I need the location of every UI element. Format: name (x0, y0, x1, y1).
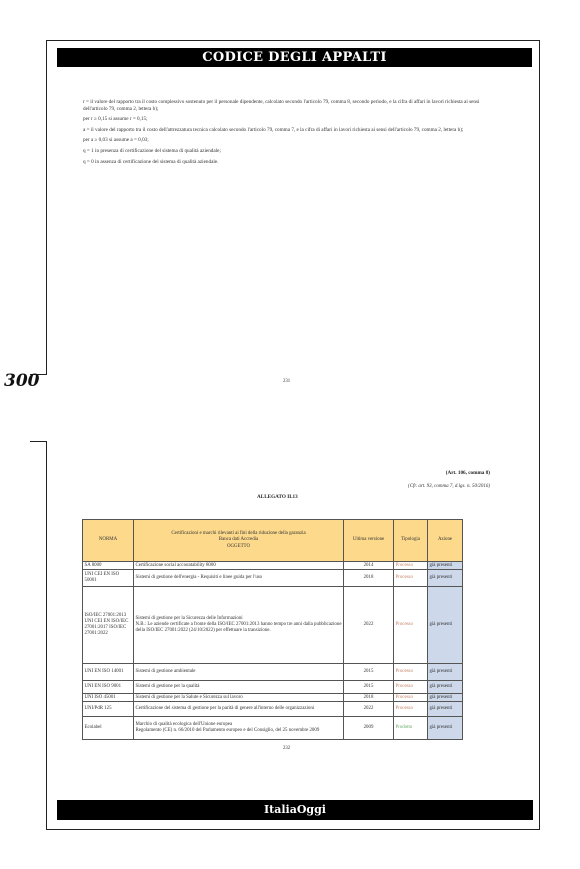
column-header-norma: NORMA (83, 520, 134, 562)
cell-azione: già presenti (428, 587, 463, 664)
oggetto-note: Regolamento (CE) n. 66/2010 del Parlamen… (136, 728, 342, 734)
certifications-table: NORMA Certificazioni e marchi rilevanti … (82, 519, 463, 740)
cell-norma: UNI EN ISO 14001 (83, 664, 134, 681)
page-number: 232 (283, 746, 290, 751)
article-reference: (Art. 106, comma 8) (446, 470, 490, 476)
table-row: ISO/IEC 27001:2013 UNI CEI EN ISO/IEC 27… (83, 587, 463, 664)
cell-oggetto: Sistemi di gestione per la qualità (134, 681, 344, 694)
cell-azione: già presenti (428, 694, 463, 702)
cell-norma: ISO/IEC 27001:2013 UNI CEI EN ISO/IEC 27… (83, 587, 134, 664)
oggetto-text: Certificazione del sistema di gestione p… (136, 706, 342, 712)
annex-title: ALLEGATO II.13 (257, 494, 298, 500)
page-frame-corner-stub (30, 441, 47, 442)
page-frame-top (46, 40, 540, 375)
page-number: 231 (283, 379, 290, 384)
cell-oggetto: Sistemi di gestione per la Sicurezza del… (134, 587, 344, 664)
oggetto-note: N.B.: Le aziende certificate a fronte de… (136, 622, 342, 634)
cell-versione: 2018 (344, 570, 394, 587)
cell-norma: UNI EN ISO 9001 (83, 681, 134, 694)
cell-azione: già presenti (428, 664, 463, 681)
cell-azione: già presenti (428, 681, 463, 694)
cell-azione: già presenti (428, 717, 463, 740)
header-line: OGGETTO (136, 544, 342, 550)
cell-norma: Ecolabel (83, 717, 134, 740)
cell-tipologia: Processo (394, 562, 428, 570)
table-row: UNI ISO 45001Sistemi di gestione per la … (83, 694, 463, 702)
table-row: UNI EN ISO 9001Sistemi di gestione per l… (83, 681, 463, 694)
cell-oggetto: Marchio di qualità ecologica dell'Unione… (134, 717, 344, 740)
paragraph: per a ≥ 0,03 si assume a = 0,03; (83, 137, 503, 144)
cell-azione: già presenti (428, 570, 463, 587)
cell-oggetto: Sistemi di gestione ambientale (134, 664, 344, 681)
cell-azione: già presenti (428, 562, 463, 570)
cell-norma: SA 8000 (83, 562, 134, 570)
cell-versione: 2009 (344, 717, 394, 740)
cell-versione: 2014 (344, 562, 394, 570)
cell-tipologia: Processo (394, 702, 428, 717)
page-marker: 300 (4, 371, 40, 391)
paragraph: per r ≥ 0,15 si assume r = 0,15; (83, 116, 503, 123)
cell-oggetto: Sistemi di gestione dell'energia - Requi… (134, 570, 344, 587)
column-header-versione: Ultima versione (344, 520, 394, 562)
column-header-tipologia: Tipologia (394, 520, 428, 562)
cell-tipologia: Prodotto (394, 717, 428, 740)
oggetto-text: Sistemi di gestione dell'energia - Requi… (136, 575, 342, 581)
table-row: EcolabelMarchio di qualità ecologica del… (83, 717, 463, 740)
cell-oggetto: Certificazione social accountability 800… (134, 562, 344, 570)
cell-versione: 2022 (344, 587, 394, 664)
table-row: UNI EN ISO 14001Sistemi di gestione ambi… (83, 664, 463, 681)
cell-tipologia: Processo (394, 570, 428, 587)
cell-versione: 2018 (344, 694, 394, 702)
formula-definitions: r = il valore del rapporto tra il costo … (83, 99, 503, 169)
publisher-brand: ItaliaOggi (57, 800, 533, 820)
table-body: SA 8000Certificazione social accountabil… (83, 562, 463, 740)
table-header-row: NORMA Certificazioni e marchi rilevanti … (83, 520, 463, 562)
cell-tipologia: Processo (394, 664, 428, 681)
cell-norma: UNI ISO 45001 (83, 694, 134, 702)
cell-versione: 2015 (344, 664, 394, 681)
oggetto-text: Sistemi di gestione per la qualità (136, 684, 342, 690)
cell-oggetto: Certificazione del sistema di gestione p… (134, 702, 344, 717)
cell-tipologia: Processo (394, 587, 428, 664)
column-header-oggetto: Certificazioni e marchi rilevanti ai fin… (134, 520, 344, 562)
cell-tipologia: Processo (394, 694, 428, 702)
cell-oggetto: Sistemi di gestione per la Salute e Sicu… (134, 694, 344, 702)
page-frame-right-edge (539, 375, 540, 441)
column-header-azione: Azione (428, 520, 463, 562)
cell-versione: 2015 (344, 681, 394, 694)
table-row: UNI/PdR 125Certificazione del sistema di… (83, 702, 463, 717)
oggetto-text: Sistemi di gestione ambientale (136, 669, 342, 675)
table-row: UNI CEI EN ISO 50001Sistemi di gestione … (83, 570, 463, 587)
cell-norma: UNI/PdR 125 (83, 702, 134, 717)
cell-azione: già presenti (428, 702, 463, 717)
paragraph: q = 1 in presenza di certificazione del … (83, 148, 503, 155)
cross-reference: (Cfr. art. 93, comma 7, d.lgs. n. 50/201… (408, 484, 490, 489)
cell-norma: UNI CEI EN ISO 50001 (83, 570, 134, 587)
paragraph: q = 0 in assenza di certificazione del s… (83, 159, 503, 166)
cell-tipologia: Processo (394, 681, 428, 694)
oggetto-text: Sistemi di gestione per la Salute e Sicu… (136, 695, 342, 701)
table-row: SA 8000Certificazione social accountabil… (83, 562, 463, 570)
cell-versione: 2022 (344, 702, 394, 717)
page-title: CODICE DEGLI APPALTI (57, 48, 532, 67)
paragraph: a = il valore del rapporto tra il costo … (83, 127, 503, 134)
paragraph: r = il valore del rapporto tra il costo … (83, 99, 503, 112)
oggetto-text: Certificazione social accountability 800… (136, 563, 342, 569)
